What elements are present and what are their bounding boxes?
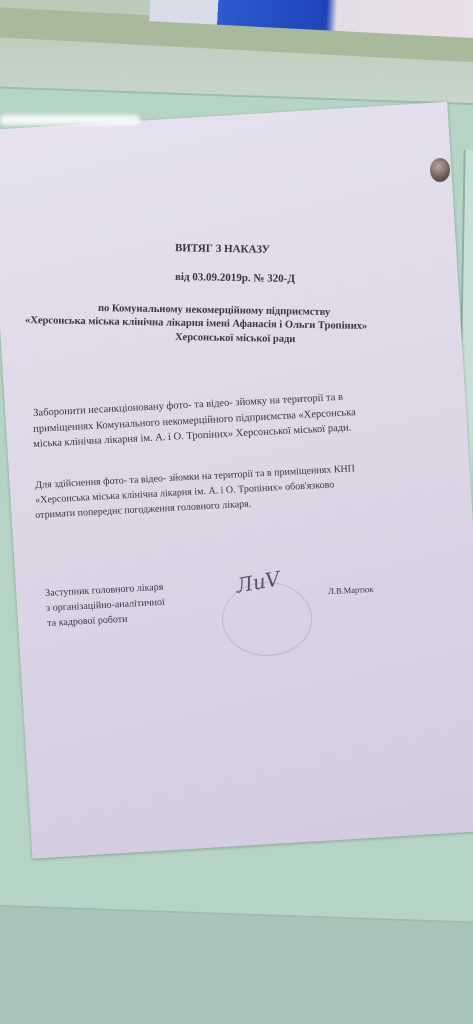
document-text: ВИТЯГ З НАКАЗУ від 03.09.2019р. № 320-Д … <box>0 0 473 1024</box>
signatory-position-2: з організаційно-аналітичної <box>46 597 165 614</box>
stamp-circle <box>222 582 312 656</box>
org-line-1: по Комунальному некомерційному підприємс… <box>98 303 330 318</box>
org-line-3: Херсонської міської ради <box>175 332 296 345</box>
order-date-number: від 03.09.2019р. № 320-Д <box>175 271 295 285</box>
signatory-position-3: та кадрової роботи <box>47 614 128 629</box>
signatory-position-1: Заступник головного лікаря <box>45 582 164 599</box>
document-title: ВИТЯГ З НАКАЗУ <box>175 242 270 256</box>
signatory-name: Л.В.Мартюк <box>328 584 374 596</box>
